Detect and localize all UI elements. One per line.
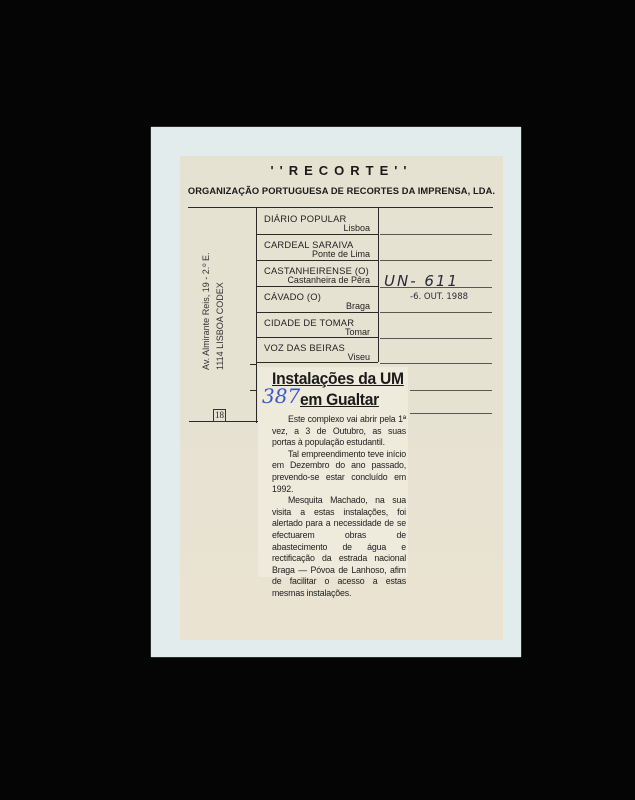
publication-place: Castanheira de Pêra <box>250 275 370 285</box>
right-rule <box>380 260 492 261</box>
row-rule <box>256 286 378 287</box>
publication-place: Viseu <box>250 352 370 362</box>
slip-title: ''RECORTE'' <box>180 163 503 178</box>
address-line-2: 1114 LISBOA CODEX <box>213 252 227 370</box>
article-body: Este complexo vai abrir pela 1ª vez, a 3… <box>272 414 406 600</box>
article-paragraph: Mesquita Machado, na sua visita a estas … <box>272 495 406 599</box>
article-headline-line-2: em Gualtar <box>300 390 379 410</box>
right-rule <box>380 312 492 313</box>
right-rule <box>410 413 492 414</box>
publication-place: Lisboa <box>250 223 370 233</box>
left-tick <box>250 364 256 365</box>
row-rule <box>256 234 378 235</box>
slip-subtitle: ORGANIZAÇÃO PORTUGUESA DE RECORTES DA IM… <box>180 186 503 196</box>
date-stamp: -6. OUT. 1988 <box>410 292 468 302</box>
article-paragraph: Tal empreendimento teve início em Dezemb… <box>272 449 406 495</box>
right-rule <box>380 338 492 339</box>
row-rule <box>256 362 378 363</box>
article-paragraph: Este complexo vai abrir pela 1ª vez, a 3… <box>272 414 406 449</box>
publication-place: Braga <box>250 301 370 311</box>
right-rule <box>380 363 492 364</box>
address-line-1: Av. Almirante Reis, 19 - 2.º E. <box>199 252 213 370</box>
table-left-divider <box>256 208 257 423</box>
table-right-divider <box>378 208 379 362</box>
handwritten-blue-number: 387 <box>262 384 300 408</box>
right-rule <box>380 234 492 235</box>
handwritten-code: UN- 611 <box>384 272 459 290</box>
right-rule <box>410 390 492 391</box>
left-tick <box>250 390 256 391</box>
publication-place: Ponte de Lima <box>250 249 370 259</box>
address-block: Av. Almirante Reis, 19 - 2.º E. 1114 LIS… <box>199 252 227 370</box>
row-rule <box>256 260 378 261</box>
row-rule <box>256 337 378 338</box>
publication-place: Tomar <box>250 327 370 337</box>
page-number: 18 <box>213 409 226 422</box>
table-top-rule <box>188 207 493 208</box>
row-rule <box>256 312 378 313</box>
